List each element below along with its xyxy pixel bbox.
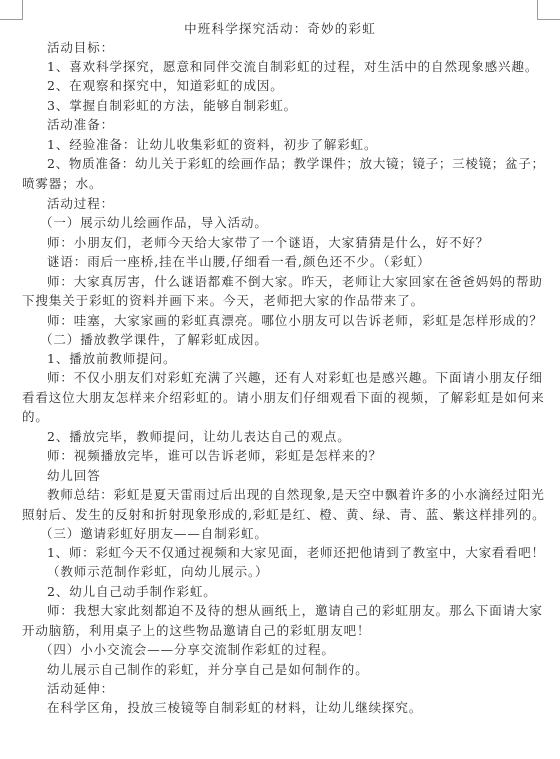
text-line: 师：小朋友们，老师今天给大家带了一个谜语，大家猜猜是什么，好不好？ [47,235,489,251]
text-line: 师：不仅小朋友们对彩虹充满了兴趣，还有人对彩虹也是感兴趣。下面请小朋友仔细 [47,370,543,386]
text-line: 看看这位大朋友怎样来介绍彩虹的。请小朋友们仔细观看下面的视频，了解彩虹是如何来 [22,390,545,406]
text-line: 谜语：雨后一座桥,挂在半山腰,仔细看一看,颜色还不少。（彩虹） [47,254,431,270]
text-line: 的。 [22,409,49,425]
text-line: 师：视频播放完毕，谁可以告诉老师，彩虹是怎样来的？ [47,448,382,464]
text-line: 活动目标： [47,40,114,56]
text-line: 1、喜欢科学探究，愿意和同伴交流自制彩虹的过程，对生活中的自然现象感兴趣。 [47,59,538,75]
text-line: 师：我想大家此刻都迫不及待的想从画纸上，邀请自己的彩虹朋友。那么下面请大家 [47,603,543,619]
text-line: （二）播放教学课件，了解彩虹成因。 [40,332,268,348]
text-line: 幼儿回答 [47,468,101,484]
text-line: 师：哇塞，大家家画的彩虹真漂亮。哪位小朋友可以告诉老师，彩虹是怎样形成的？ [47,313,543,329]
text-line: 开动脑筋，利用桌子上的这些物品邀请自己的彩虹朋友吧！ [22,623,370,639]
text-line: 1、播放前教师提问。 [47,351,176,367]
document-title: 中班科学探究活动：奇妙的彩虹 [0,21,560,37]
page-corner-mark-top-right [537,0,560,20]
text-line: 下搜集关于彩虹的资料并画下来。今天，老师把大家的作品带来了。 [22,293,424,309]
text-line: 1、经验准备：让幼儿收集彩虹的资料，初步了解彩虹。 [47,137,377,153]
text-line: 在科学区角，投放三棱镜等自制彩虹的材料，让幼儿继续探究。 [47,700,422,716]
text-line: 喷雾器；水。 [22,176,102,192]
text-line: （三）邀请彩虹好朋友——自制彩虹。 [40,526,268,542]
text-line: 幼儿展示自己制作的彩虹，并分享自己是如何制作的。 [47,662,369,678]
text-line: 3、掌握自制彩虹的方法，能够自制彩虹。 [47,98,297,114]
text-line: （四）小小交流会——分享交流制作彩虹的过程。 [40,642,335,658]
text-line: 2、播放完毕，教师提问，让幼儿表达自己的观点。 [47,429,351,445]
text-line: 活动准备： [47,117,114,133]
text-line: 2、物质准备：幼儿关于彩虹的绘画作品；教学课件；放大镜；镜子；三棱镜；盆子； [47,156,545,172]
text-line: 教师总结：彩虹是夏天雷雨过后出现的自然现象,是天空中飘着许多的小水滴经过阳光 [47,487,545,503]
text-line: 1、师：彩虹今天不仅通过视频和大家见面，老师还把他请到了教室中，大家看看吧！ [47,545,545,561]
text-line: 活动延伸： [47,681,114,697]
text-line: （一）展示幼儿绘画作品，导入活动。 [40,215,268,231]
text-line: 照射后、发生的反射和折射现象形成的,彩虹是红、橙、黄、绿、青、蓝、紫这样排列的。 [22,507,545,523]
page-corner-mark-top-left [0,0,23,20]
text-line: 活动过程： [47,196,114,212]
text-line: 师：大家真厉害，什么谜语都难不倒大家。昨天，老师让大家回家在爸爸妈妈的帮助 [47,274,543,290]
text-line: 2、幼儿自己动手制作彩虹。 [47,584,217,600]
text-line: （教师示范制作彩虹，向幼儿展示。） [47,564,269,580]
text-line: 2、在观察和探究中，知道彩虹的成因。 [47,78,284,94]
